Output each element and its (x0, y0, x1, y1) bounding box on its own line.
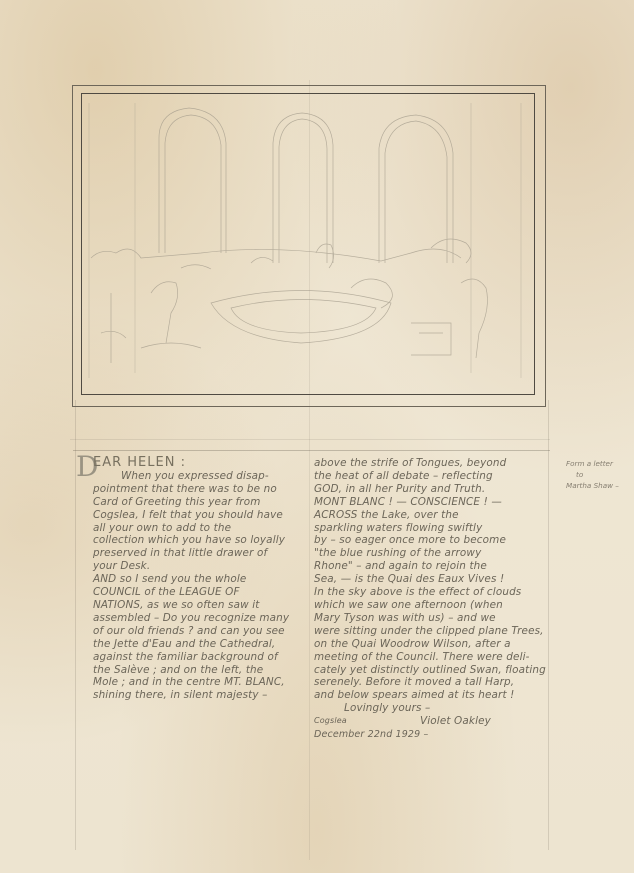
letter-line: which we saw one afternoon (when (314, 599, 546, 612)
letter-left-column: EAR HELEN : When you expressed disap- po… (93, 457, 311, 702)
letter-line: collection which you have so loyally (93, 534, 311, 547)
letter-line: COUNCIL of the LEAGUE OF (93, 586, 311, 599)
letter-closing: Lovingly yours – (314, 702, 546, 715)
letter-line: "the blue rushing of the arrowy (314, 547, 546, 560)
letter-line: NATIONS, as we so often saw it (93, 599, 311, 612)
letter-line: Card of Greeting this year from (93, 496, 311, 509)
letter-line: AND so I send you the whole (93, 573, 311, 586)
letter-line: the Jette d'Eau and the Cathedral, (93, 638, 311, 651)
letter-line: and below spears aimed at its heart ! (314, 689, 546, 702)
arched-window-center (273, 113, 333, 263)
letter-line: ACROSS the Lake, over the (314, 509, 546, 522)
letter-signature: Violet Oakley (420, 715, 491, 728)
letter-salutation: EAR HELEN : (93, 457, 311, 470)
letter-line: Sea, — is the Quai des Eaux Vives ! (314, 573, 546, 586)
letter-line: Rhone" – and again to rejoin the (314, 560, 546, 573)
margin-note-line: to (566, 469, 630, 480)
letter-line: Mole ; and in the centre MT. BLANC, (93, 676, 311, 689)
letter-line: Cogslea, I felt that you should have (93, 509, 311, 522)
letter-line: shining there, in silent majesty – (93, 689, 311, 702)
letter-date: December 22nd 1929 – (314, 729, 546, 742)
letter-line: the heat of all debate – reflecting (314, 470, 546, 483)
letter-line: When you expressed disap- (93, 470, 311, 483)
letter-line: In the sky above is the effect of clouds (314, 586, 546, 599)
margin-note-line: Form a letter (566, 458, 630, 469)
margin-note-line: Martha Shaw – (566, 480, 630, 491)
letter-line: MONT BLANC ! — CONSCIENCE ! — (314, 496, 546, 509)
signature-row: Cogslea Violet Oakley (314, 715, 546, 729)
letter-line: meeting of the Council. There were deli- (314, 651, 546, 664)
letter-line: preserved in that little drawer of (93, 547, 311, 560)
letter-line: of our old friends ? and can you see (93, 625, 311, 638)
letter-line: on the Quai Woodrow Wilson, after a (314, 638, 546, 651)
letter-line: Mary Tyson was with us) – and we (314, 612, 546, 625)
council-chamber-sketch (81, 93, 535, 395)
letter-line: the Salève ; and on the left, the (93, 664, 311, 677)
letter-line: assembled – Do you recognize many (93, 612, 311, 625)
letter-line: pointment that there was to be no (93, 483, 311, 496)
letter-line: by – so eager once more to become (314, 534, 546, 547)
letter-line: GOD, in all her Purity and Truth. (314, 483, 546, 496)
letter-line: sparkling waters flowing swiftly (314, 522, 546, 535)
guide-line-horizontal (70, 439, 550, 440)
letter-place: Cogslea (314, 715, 347, 728)
letter-line: serenely. Before it moved a tall Harp, (314, 676, 546, 689)
letter-line: your Desk. (93, 560, 311, 573)
margin-note: Form a letter to Martha Shaw – (566, 458, 630, 491)
letter-text-area: D EAR HELEN : When you expressed disap- … (73, 450, 550, 747)
letter-line: against the familiar background of (93, 651, 311, 664)
letter-line: above the strife of Tongues, beyond (314, 457, 546, 470)
letter-line: all your own to add to the (93, 522, 311, 535)
letter-right-column: above the strife of Tongues, beyond the … (314, 457, 546, 742)
letter-line: were sitting under the clipped plane Tre… (314, 625, 546, 638)
letter-line: cately yet distinctly outlined Swan, flo… (314, 664, 546, 677)
arched-window-left (159, 108, 226, 253)
